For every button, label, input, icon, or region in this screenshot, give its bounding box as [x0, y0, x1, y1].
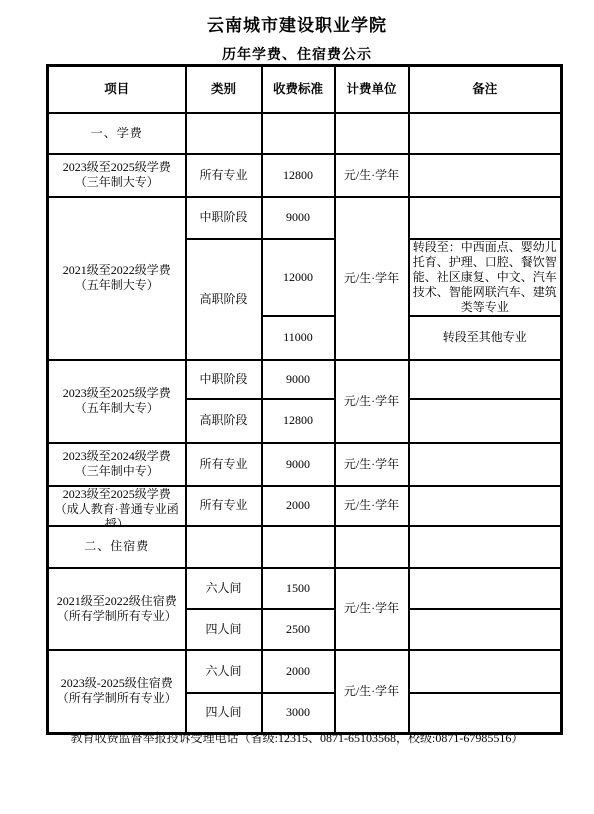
amount-cell: 2000	[262, 486, 335, 526]
empty-cell	[335, 113, 409, 154]
category-cell: 中职阶段	[186, 197, 262, 239]
unit-cell: 元/生·学年	[335, 360, 409, 443]
category-cell: 四人间	[186, 693, 262, 734]
empty-cell	[409, 526, 562, 568]
category-cell: 高职阶段	[186, 399, 262, 443]
amount-cell: 12000	[262, 239, 335, 316]
item-cell: 2023级至2025级学费 （三年制大专）	[48, 154, 186, 197]
header-fee-standard: 收费标准	[262, 66, 335, 113]
item-cell: 2021级至2022级学费 （五年制大专）	[48, 197, 186, 360]
note-cell	[409, 154, 562, 197]
table-row: 2023级至2025级学费 （三年制大专） 所有专业 12800 元/生·学年	[48, 154, 562, 197]
item-cell: 2023级-2025级住宿费 （所有学制所有专业）	[48, 650, 186, 734]
section-row-tuition: 一、学费	[48, 113, 562, 154]
amount-cell: 9000	[262, 197, 335, 239]
header-billing-unit: 计费单位	[335, 66, 409, 113]
note-cell: 转段至其他专业	[409, 316, 562, 360]
note-cell	[409, 568, 562, 609]
table-row: 2023级-2025级住宿费 （所有学制所有专业） 六人间 2000 元/生·学…	[48, 650, 562, 693]
unit-cell: 元/生·学年	[335, 197, 409, 360]
table-row: 2023级至2025级学费 （成人教育·普通专业函 授） 所有专业 2000 元…	[48, 486, 562, 526]
unit-cell: 元/生·学年	[335, 486, 409, 526]
unit-cell: 元/生·学年	[335, 443, 409, 486]
item-cell: 2023级至2025级学费 （五年制大专）	[48, 360, 186, 443]
note-cell	[409, 486, 562, 526]
item-cell: 2023级至2024级学费 （三年制中专）	[48, 443, 186, 486]
empty-cell	[186, 526, 262, 568]
note-cell	[409, 360, 562, 399]
category-cell: 所有专业	[186, 154, 262, 197]
empty-cell	[262, 113, 335, 154]
page-subtitle: 历年学费、住宿费公示	[0, 44, 594, 64]
header-category: 类别	[186, 66, 262, 113]
unit-cell: 元/生·学年	[335, 650, 409, 734]
empty-cell	[262, 526, 335, 568]
amount-cell: 1500	[262, 568, 335, 609]
amount-cell: 9000	[262, 360, 335, 399]
note-cell: 转段至：中西面点、婴幼儿托育、护理、口腔、餐饮智能、社区康复、中文、汽车技术、智…	[409, 239, 562, 316]
amount-cell: 12800	[262, 399, 335, 443]
fees-table: 项目 类别 收费标准 计费单位 备注 一、学费 2023级至2025级学费 （三…	[46, 64, 563, 735]
footer-note: 教育收费监督举报投诉受理电话（省级:12315、0871-65103568，校级…	[0, 729, 594, 746]
empty-cell	[335, 526, 409, 568]
category-cell: 中职阶段	[186, 360, 262, 399]
amount-cell: 2000	[262, 650, 335, 693]
table-row: 2023级至2024级学费 （三年制中专） 所有专业 9000 元/生·学年	[48, 443, 562, 486]
note-cell	[409, 197, 562, 239]
amount-cell: 2500	[262, 609, 335, 650]
note-cell	[409, 609, 562, 650]
section-header-accommodation: 二、住宿费	[48, 526, 186, 568]
page-title: 云南城市建设职业学院	[0, 11, 594, 36]
empty-cell	[409, 113, 562, 154]
header-notes: 备注	[409, 66, 562, 113]
item-cell: 2023级至2025级学费 （成人教育·普通专业函 授）	[48, 486, 186, 526]
table-row: 2023级至2025级学费 （五年制大专） 中职阶段 9000 元/生·学年	[48, 360, 562, 399]
table-row: 2021级至2022级住宿费 （所有学制所有专业） 六人间 1500 元/生·学…	[48, 568, 562, 609]
note-cell	[409, 650, 562, 693]
item-cell: 2021级至2022级住宿费 （所有学制所有专业）	[48, 568, 186, 650]
note-cell	[409, 693, 562, 734]
amount-cell: 9000	[262, 443, 335, 486]
amount-cell: 11000	[262, 316, 335, 360]
note-cell	[409, 443, 562, 486]
note-cell	[409, 399, 562, 443]
unit-cell: 元/生·学年	[335, 154, 409, 197]
header-item: 项目	[48, 66, 186, 113]
category-cell: 四人间	[186, 609, 262, 650]
item-cell-text: 2023级至2025级学费 （成人教育·普通专业函 授）	[49, 487, 185, 525]
table-row: 2021级至2022级学费 （五年制大专） 中职阶段 9000 元/生·学年	[48, 197, 562, 239]
category-cell: 高职阶段	[186, 239, 262, 360]
empty-cell	[186, 113, 262, 154]
section-row-accommodation: 二、住宿费	[48, 526, 562, 568]
category-cell: 所有专业	[186, 443, 262, 486]
amount-cell: 3000	[262, 693, 335, 734]
unit-cell: 元/生·学年	[335, 568, 409, 650]
section-header-tuition: 一、学费	[48, 113, 186, 154]
category-cell: 六人间	[186, 568, 262, 609]
header-row: 项目 类别 收费标准 计费单位 备注	[48, 66, 562, 113]
category-cell: 六人间	[186, 650, 262, 693]
amount-cell: 12800	[262, 154, 335, 197]
category-cell: 所有专业	[186, 486, 262, 526]
document-page: 云南城市建设职业学院 历年学费、住宿费公示 项目 类别 收费标准 计费单位 备注…	[0, 0, 594, 814]
